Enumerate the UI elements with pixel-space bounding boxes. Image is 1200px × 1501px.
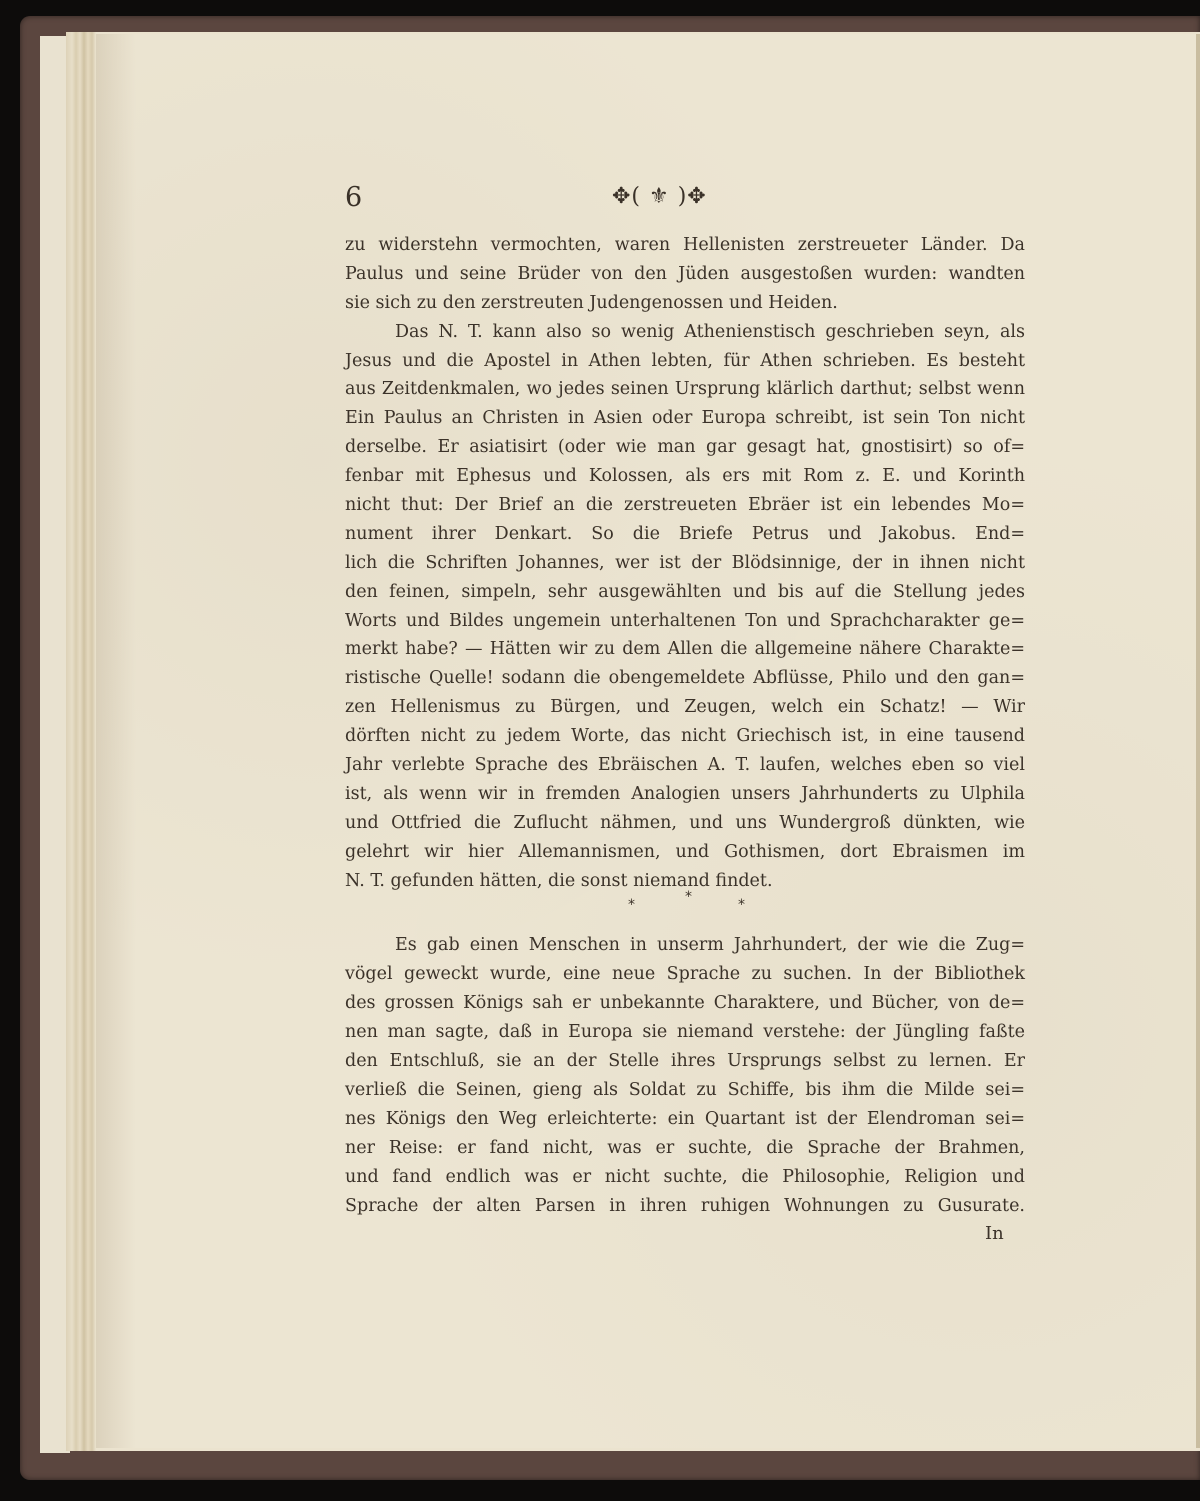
text-line: zen Hellenismus zu Bürgen, und Zeugen, w… <box>345 693 1025 722</box>
text-line: aus Zeitdenkmalen, wo jedes seinen Urspr… <box>345 375 1025 404</box>
text-line: gelehrt wir hier Allemannismen, und Goth… <box>345 838 1025 867</box>
text-line: fenbar mit Ephesus und Kolossen, als ers… <box>345 462 1025 491</box>
fleuron-ornament-icon: ✥( ⚜ )✥ <box>612 184 707 209</box>
page-body: zu widerstehn vermochten, waren Hellenis… <box>345 231 1025 1220</box>
text-line: nument ihrer Denkart. So die Briefe Petr… <box>345 520 1025 549</box>
text-line: vögel geweckt wurde, eine neue Sprache z… <box>345 960 1025 989</box>
text-line: ner Reise: er fand nicht, was er suchte,… <box>345 1134 1025 1163</box>
text-line: ristische Quelle! sodann die obengemelde… <box>345 664 1025 693</box>
text-line: nes Königs den Weg erleichterte: ein Qua… <box>345 1105 1025 1134</box>
text-line: zu widerstehn vermochten, waren Hellenis… <box>345 231 1025 260</box>
text-line: Das N. T. kann also so wenig Atheniensti… <box>345 318 1025 347</box>
asterisk-icon: * <box>628 897 635 913</box>
asterisk-icon: * <box>685 889 692 905</box>
text-line: Worts und Bildes ungemein unterhaltenen … <box>345 607 1025 636</box>
section-separator: * * * <box>345 895 1025 931</box>
text-line: Jahr verlebte Sprache des Ebräischen A. … <box>345 751 1025 780</box>
page-number: 6 <box>345 182 362 213</box>
asterisk-icon: * <box>738 897 745 913</box>
page-edge <box>1196 34 1200 1448</box>
text-line: derselbe. Er asiatisirt (oder wie man ga… <box>345 433 1025 462</box>
text-line: nen man sagte, daß in Europa sie niemand… <box>345 1018 1025 1047</box>
text-line: und fand endlich was er nicht suchte, di… <box>345 1163 1025 1192</box>
text-line: dörften nicht zu jedem Worte, das nicht … <box>345 722 1025 751</box>
text-line: ist, als wenn wir in fremden Analogien u… <box>345 780 1025 809</box>
catchword: In <box>985 1223 1004 1244</box>
text-line: Es gab einen Menschen in unserm Jahrhund… <box>345 931 1025 960</box>
text-line: verließ die Seinen, gieng als Soldat zu … <box>345 1076 1025 1105</box>
text-line: Paulus und seine Brüder von den Jüden au… <box>345 260 1025 289</box>
text-line: des grossen Königs sah er unbekannte Cha… <box>345 989 1025 1018</box>
text-line: den feinen, simpeln, sehr ausgewählten u… <box>345 578 1025 607</box>
text-line: Sprache der alten Parsen in ihren ruhige… <box>345 1192 1025 1221</box>
text-line: den Entschluß, sie an der Stelle ihres U… <box>345 1047 1025 1076</box>
text-line: Jesus und die Apostel in Athen lebten, f… <box>345 347 1025 376</box>
text-line: lich die Schriften Johannes, wer ist der… <box>345 549 1025 578</box>
scanned-book-page: 6 ✥( ⚜ )✥ zu widerstehn vermochten, ware… <box>0 0 1200 1501</box>
text-line: nicht thut: Der Brief an die zerstreuete… <box>345 491 1025 520</box>
text-line: und Ottfried die Zuflucht nähmen, und un… <box>345 809 1025 838</box>
text-line: Ein Paulus an Christen in Asien oder Eur… <box>345 404 1025 433</box>
text-line: sie sich zu den zerstreuten Judengenosse… <box>345 289 1025 318</box>
text-line: merkt habe? — Hätten wir zu dem Allen di… <box>345 635 1025 664</box>
page-header: 6 ✥( ⚜ )✥ <box>345 180 1025 220</box>
